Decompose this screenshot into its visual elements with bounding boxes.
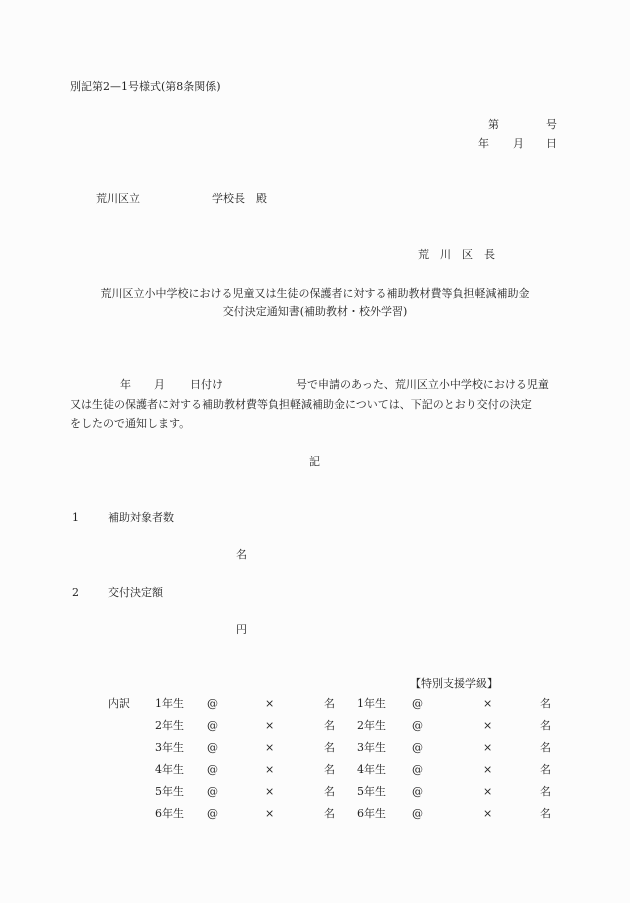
grade-label: 3年生: [155, 741, 184, 755]
item-1-number: 1: [72, 511, 79, 525]
special-unit-label: 名: [540, 763, 551, 777]
special-unit-label: 名: [540, 807, 551, 821]
issuer: 荒 川 区 長: [418, 248, 495, 262]
form-label: 別記第2—1号様式(第8条関係): [70, 80, 221, 94]
special-at-sign: @: [412, 697, 423, 711]
date-year: 年: [478, 137, 489, 151]
item-2-number: 2: [72, 586, 79, 600]
special-at-sign: @: [412, 763, 423, 777]
at-sign: @: [207, 807, 218, 821]
number-prefix: 第: [488, 118, 499, 132]
at-sign: @: [207, 719, 218, 733]
item-2-unit: 円: [236, 623, 247, 637]
special-support-header: 【特別支援学級】: [410, 677, 498, 691]
unit-label: 名: [324, 807, 335, 821]
special-unit-label: 名: [540, 741, 551, 755]
breakdown-label: 内訳: [108, 697, 130, 711]
item-1-unit: 名: [236, 548, 247, 562]
special-times-sign: ×: [483, 719, 492, 733]
grade-label: 4年生: [155, 763, 184, 777]
special-grade-label: 4年生: [357, 763, 386, 777]
at-sign: @: [207, 763, 218, 777]
special-at-sign: @: [412, 785, 423, 799]
special-at-sign: @: [412, 741, 423, 755]
special-grade-label: 3年生: [357, 741, 386, 755]
special-unit-label: 名: [540, 785, 551, 799]
special-grade-label: 2年生: [357, 719, 386, 733]
addressee-title: 学校長 殿: [212, 192, 267, 206]
grade-label: 5年生: [155, 785, 184, 799]
special-times-sign: ×: [483, 697, 492, 711]
unit-label: 名: [324, 741, 335, 755]
times-sign: ×: [265, 807, 274, 821]
at-sign: @: [207, 697, 218, 711]
at-sign: @: [207, 785, 218, 799]
body-line-2: 又は生徒の保護者に対する補助教材費等負担軽減補助金については、下記のとおり交付の…: [70, 398, 532, 412]
number-suffix: 号: [546, 118, 557, 132]
special-times-sign: ×: [483, 785, 492, 799]
unit-label: 名: [324, 719, 335, 733]
times-sign: ×: [265, 741, 274, 755]
special-times-sign: ×: [483, 807, 492, 821]
times-sign: ×: [265, 763, 274, 777]
special-grade-label: 6年生: [357, 807, 386, 821]
date-month: 月: [513, 137, 524, 151]
special-times-sign: ×: [483, 763, 492, 777]
special-at-sign: @: [412, 807, 423, 821]
special-times-sign: ×: [483, 741, 492, 755]
special-unit-label: 名: [540, 719, 551, 733]
unit-label: 名: [324, 697, 335, 711]
times-sign: ×: [265, 785, 274, 799]
body-month: 月: [154, 378, 165, 392]
times-sign: ×: [265, 719, 274, 733]
unit-label: 名: [324, 785, 335, 799]
date-day: 日: [546, 137, 557, 151]
item-2-label: 交付決定額: [108, 586, 163, 600]
addressee-ward: 荒川区立: [96, 192, 140, 206]
title-line-2: 交付決定通知書(補助教材・校外学習): [0, 305, 630, 319]
times-sign: ×: [265, 697, 274, 711]
grade-label: 6年生: [155, 807, 184, 821]
title-line-1: 荒川区立小中学校における児童又は生徒の保護者に対する補助教材費等負担軽減補助金: [0, 287, 630, 301]
item-1-label: 補助対象者数: [108, 511, 174, 525]
unit-label: 名: [324, 763, 335, 777]
grade-label: 2年生: [155, 719, 184, 733]
grade-label: 1年生: [155, 697, 184, 711]
special-unit-label: 名: [540, 697, 551, 711]
body-year: 年: [120, 378, 131, 392]
body-day-dated: 日付け: [190, 378, 223, 392]
at-sign: @: [207, 741, 218, 755]
body-line-3: をしたので通知します。: [70, 417, 190, 431]
special-grade-label: 5年生: [357, 785, 386, 799]
special-at-sign: @: [412, 719, 423, 733]
body-line-1: 号で申請のあった、荒川区立小中学校における児童: [296, 378, 549, 392]
ki-heading: 記: [309, 455, 320, 469]
special-grade-label: 1年生: [357, 697, 386, 711]
